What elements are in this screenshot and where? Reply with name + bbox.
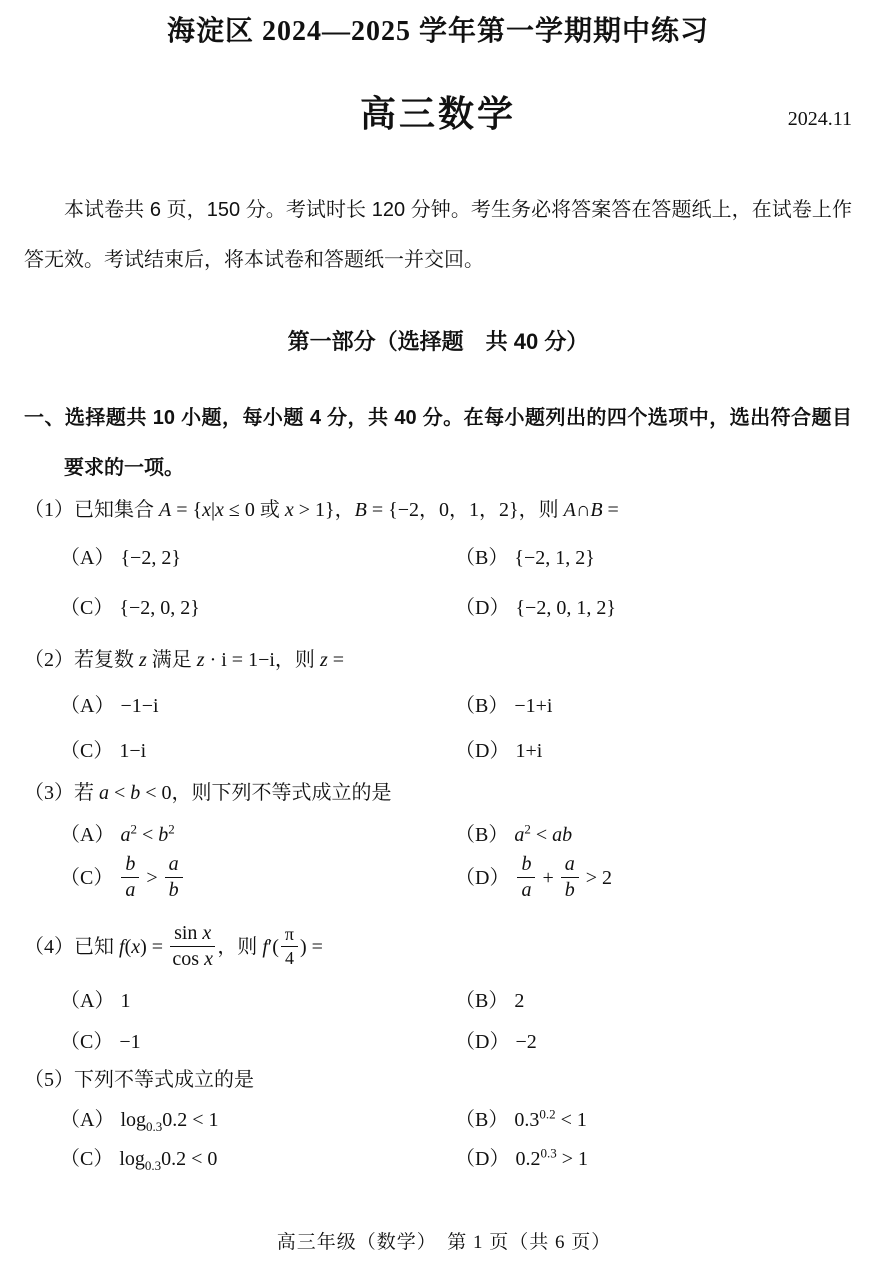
option-d: （D）0.20.3 > 1 bbox=[455, 1144, 852, 1174]
option-label: （A） bbox=[60, 824, 114, 846]
option-a: （A）−1−i bbox=[60, 691, 455, 721]
question-options: （A）{−2, 2} （B）{−2, 1, 2} （C）{−2, 0, 2} （… bbox=[60, 543, 852, 623]
option-label: （B） bbox=[455, 1109, 508, 1131]
option-text: 1+i bbox=[515, 740, 542, 762]
question-stem: （1）已知集合 A = {x|x ≤ 0 或 x > 1}，B = {−2，0，… bbox=[24, 495, 852, 525]
option-text: 2 bbox=[514, 990, 524, 1012]
option-label: （D） bbox=[455, 867, 509, 889]
question-options: （A）−1−i （B）−1+i （C）1−i （D）1+i bbox=[60, 691, 852, 766]
part1-heading: 第一部分（选择题 共 40 分） bbox=[24, 327, 852, 357]
exam-instructions-paragraph: 本试卷共 6 页，150 分。考试时长 120 分钟。考生务必将答案答在答题纸上… bbox=[24, 185, 852, 285]
option-text: 1−i bbox=[119, 740, 146, 762]
option-text: {−2, 0, 2} bbox=[119, 597, 199, 619]
option-label: （A） bbox=[60, 990, 114, 1012]
option-c: （C）−1 bbox=[60, 1027, 455, 1057]
option-text: ba + ab > 2 bbox=[515, 867, 612, 889]
option-text: a2 < ab bbox=[514, 824, 572, 846]
option-label: （A） bbox=[60, 1109, 114, 1131]
option-text: log0.30.2 < 0 bbox=[119, 1148, 217, 1170]
option-label: （A） bbox=[60, 547, 114, 569]
option-text: −2 bbox=[515, 1031, 536, 1053]
option-label: （B） bbox=[455, 990, 508, 1012]
option-text: 0.30.2 < 1 bbox=[514, 1109, 587, 1131]
option-d: （D）{−2, 0, 1, 2} bbox=[455, 593, 852, 623]
option-label: （C） bbox=[60, 1148, 113, 1170]
option-label: （D） bbox=[455, 597, 509, 619]
section1-instruction: 一、选择题共 10 小题，每小题 4 分，共 40 分。在每小题列出的四个选项中… bbox=[24, 393, 852, 493]
question-stem: （2）若复数 z 满足 z · i = 1−i，则 z = bbox=[24, 645, 852, 675]
option-text: −1−i bbox=[120, 695, 158, 717]
question-options: （A）1 （B）2 （C）−1 （D）−2 bbox=[60, 986, 852, 1057]
option-b: （B）a2 < ab bbox=[455, 820, 852, 850]
question-stem: （4）已知 f(x) = sin xcos x，则 f′(π4) = bbox=[24, 925, 852, 972]
option-label: （B） bbox=[455, 547, 508, 569]
option-label: （D） bbox=[455, 740, 509, 762]
option-c: （C）log0.30.2 < 0 bbox=[60, 1144, 455, 1174]
option-a: （A）log0.30.2 < 1 bbox=[60, 1105, 455, 1135]
option-text: a2 < b2 bbox=[120, 824, 174, 846]
question-stem: （3）若 a < b < 0，则下列不等式成立的是 bbox=[24, 778, 852, 808]
question-stem: （5）下列不等式成立的是 bbox=[24, 1065, 852, 1095]
option-text: 1 bbox=[120, 990, 130, 1012]
option-d: （D）−2 bbox=[455, 1027, 852, 1057]
exam-title: 高三数学 bbox=[360, 94, 516, 134]
option-c: （C）ba > ab bbox=[60, 856, 455, 903]
option-b: （B）−1+i bbox=[455, 691, 852, 721]
question-5: （5）下列不等式成立的是 （A）log0.30.2 < 1 （B）0.30.2 … bbox=[24, 1065, 852, 1174]
school-term-title: 海淀区 2024—2025 学年第一学期期中练习 bbox=[24, 17, 852, 47]
option-text: 0.20.3 > 1 bbox=[515, 1148, 588, 1170]
option-text: {−2, 2} bbox=[120, 547, 180, 569]
option-text: −1 bbox=[119, 1031, 140, 1053]
option-label: （B） bbox=[455, 824, 508, 846]
option-text: {−2, 1, 2} bbox=[514, 547, 594, 569]
option-c: （C）{−2, 0, 2} bbox=[60, 593, 455, 623]
option-label: （C） bbox=[60, 1031, 113, 1053]
question-2: （2）若复数 z 满足 z · i = 1−i，则 z = （A）−1−i （B… bbox=[24, 645, 852, 766]
option-text: log0.30.2 < 1 bbox=[120, 1109, 218, 1131]
option-label: （D） bbox=[455, 1148, 509, 1170]
question-options: （A）log0.30.2 < 1 （B）0.30.2 < 1 （C）log0.3… bbox=[60, 1105, 852, 1174]
option-b: （B）{−2, 1, 2} bbox=[455, 543, 852, 573]
option-d: （D）ba + ab > 2 bbox=[455, 856, 852, 903]
option-text: {−2, 0, 1, 2} bbox=[515, 597, 615, 619]
option-text: ba > ab bbox=[119, 867, 184, 889]
question-1: （1）已知集合 A = {x|x ≤ 0 或 x > 1}，B = {−2，0，… bbox=[24, 495, 852, 623]
option-d: （D）1+i bbox=[455, 736, 852, 766]
option-a: （A）{−2, 2} bbox=[60, 543, 455, 573]
option-label: （C） bbox=[60, 740, 113, 762]
option-label: （A） bbox=[60, 695, 114, 717]
option-a: （A）a2 < b2 bbox=[60, 820, 455, 850]
option-label: （B） bbox=[455, 695, 508, 717]
option-label: （C） bbox=[60, 867, 113, 889]
option-label: （C） bbox=[60, 597, 113, 619]
question-4: （4）已知 f(x) = sin xcos x，则 f′(π4) = （A）1 … bbox=[24, 925, 852, 1057]
question-3: （3）若 a < b < 0，则下列不等式成立的是 （A）a2 < b2 （B）… bbox=[24, 778, 852, 903]
option-text: −1+i bbox=[514, 695, 552, 717]
option-label: （D） bbox=[455, 1031, 509, 1053]
page-footer: 高三年级（数学） 第 1 页（共 6 页） bbox=[0, 1227, 888, 1254]
question-options: （A）a2 < b2 （B）a2 < ab （C）ba > ab （D）ba +… bbox=[60, 820, 852, 903]
option-b: （B）0.30.2 < 1 bbox=[455, 1105, 852, 1135]
option-a: （A）1 bbox=[60, 986, 455, 1016]
option-b: （B）2 bbox=[455, 986, 852, 1016]
exam-page: 海淀区 2024—2025 学年第一学期期中练习 高三数学 2024.11 本试… bbox=[0, 0, 888, 1272]
option-c: （C）1−i bbox=[60, 736, 455, 766]
title-row: 高三数学 2024.11 bbox=[24, 93, 852, 135]
exam-date: 2024.11 bbox=[788, 108, 852, 131]
